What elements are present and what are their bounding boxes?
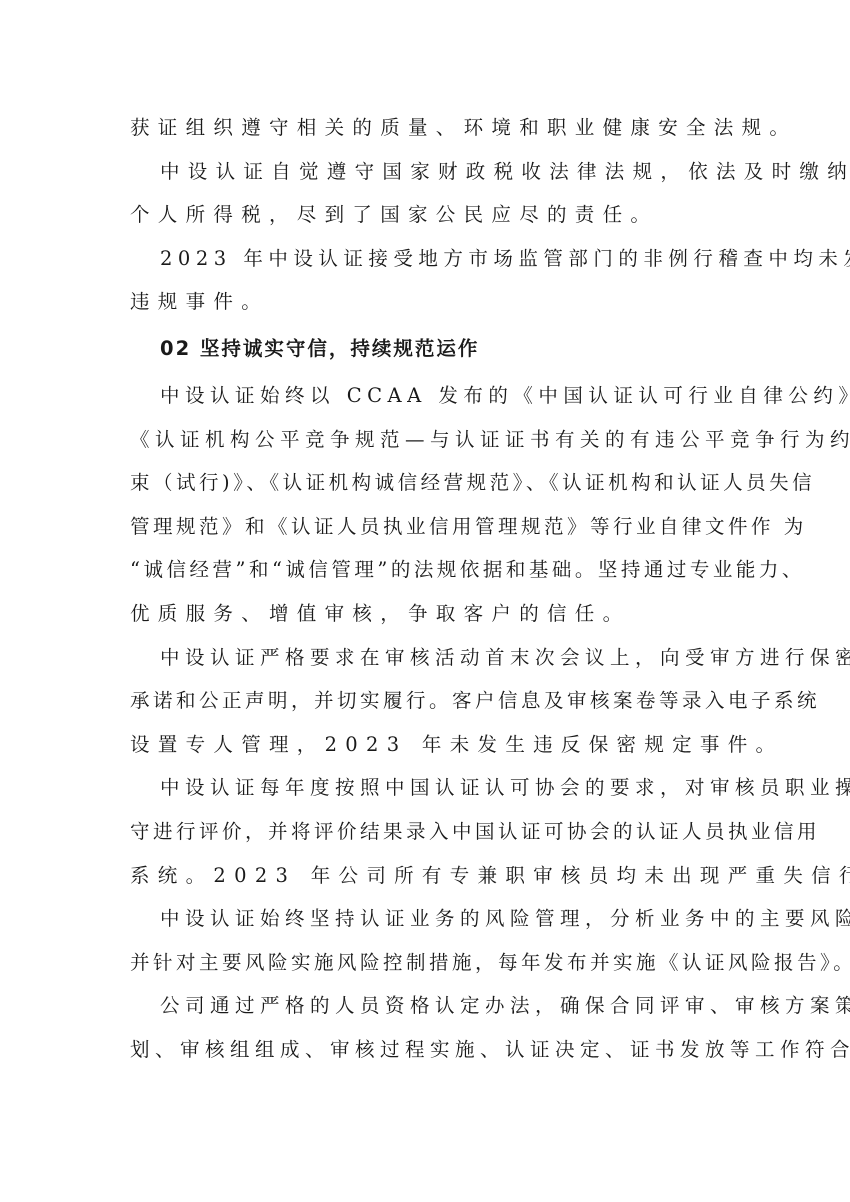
paragraph-line: 束（试行)》、《认证机构诚信经营规范》、《认证机构和认证人员失信: [130, 461, 722, 505]
paragraph-line: 系统。2023 年公司所有专兼职审核员均未出现严重失信行为。: [130, 854, 722, 898]
paragraph-line: 守进行评价，并将评价结果录入中国认证可协会的认证人员执业信用: [130, 810, 722, 854]
paragraph-line: 承诺和公正声明，并切实履行。客户信息及审核案卷等录入电子系统: [130, 679, 722, 723]
paragraph-line: 划、审核组组成、审核过程实施、认证决定、证书发放等工作符合要: [130, 1028, 722, 1072]
paragraph-line: 个人所得税，尽到了国家公民应尽的责任。: [130, 193, 722, 237]
paragraph-line: 中设认证始终以 CCAA 发布的《中国认证认可行业自律公约》、: [130, 374, 722, 418]
paragraph-line: 并针对主要风险实施风险控制措施，每年发布并实施《认证风险报告》。: [130, 941, 722, 985]
paragraph-line: 《认证机构公平竞争规范—与认证证书有关的有违公平竞争行为约: [130, 418, 722, 462]
paragraph-line: 公司通过严格的人员资格认定办法，确保合同评审、审核方案策: [130, 984, 722, 1028]
paragraph-line: “诚信经营”和“诚信管理”的法规依据和基础。坚持通过专业能力、: [130, 548, 722, 592]
paragraph-line: 中设认证始终坚持认证业务的风险管理，分析业务中的主要风险，: [130, 897, 722, 941]
paragraph-line: 优质服务、增值审核，争取客户的信任。: [130, 592, 722, 636]
paragraph-line: 获证组织遵守相关的质量、环境和职业健康安全法规。: [130, 106, 722, 150]
paragraph-line: 2023 年中设认证接受地方市场监管部门的非例行稽查中均未发现: [130, 237, 722, 281]
paragraph-line: 中设认证每年度按照中国认证认可协会的要求，对审核员职业操: [130, 766, 722, 810]
paragraph-line: 违规事件。: [130, 280, 722, 324]
paragraph-line: 设置专人管理，2023 年未发生违反保密规定事件。: [130, 723, 722, 767]
section-heading: 02 坚持诚实守信，持续规范运作: [130, 324, 722, 374]
paragraph-line: 管理规范》和《认证人员执业信用管理规范》等行业自律文件作 为: [130, 505, 722, 549]
paragraph-line: 中设认证自觉遵守国家财政税收法律法规，依法及时缴纳企业及: [130, 150, 722, 194]
document-page: 获证组织遵守相关的质量、环境和职业健康安全法规。 中设认证自觉遵守国家财政税收法…: [130, 106, 722, 1071]
paragraph-line: 中设认证严格要求在审核活动首末次会议上，向受审方进行保密: [130, 636, 722, 680]
